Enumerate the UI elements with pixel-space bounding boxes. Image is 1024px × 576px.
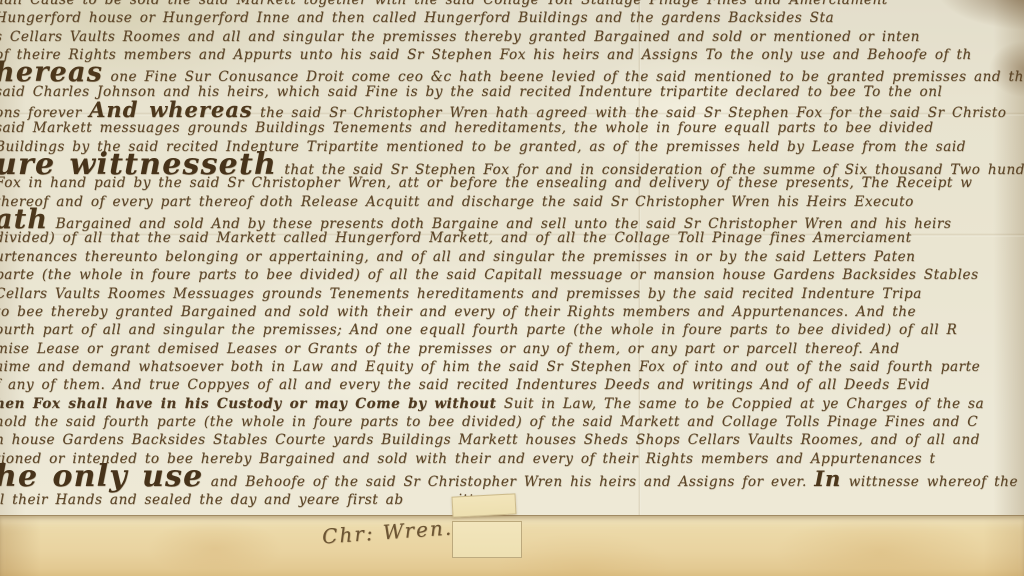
manuscript-line-segment: Suit in Law, The same to be Coppied at y… [497, 396, 985, 412]
manuscript-line-segment: aime and demand whatsoever both in Law a… [0, 359, 980, 375]
manuscript-line-segment: Cellars Vaults Roomes Messuages grounds … [0, 286, 922, 302]
manuscript-line: n house Gardens Backsides Stables Courte… [0, 431, 1024, 449]
manuscript-line-segment: hen Fox shall have in his Custody or may… [0, 396, 497, 412]
manuscript-line: parte (the whole in foure parts to bee d… [0, 266, 1024, 284]
manuscript-line: said Markett messuages grounds Buildings… [0, 119, 1024, 137]
manuscript-line: of theire Rights members and Appurts unt… [0, 46, 1024, 64]
pasted-paper-slip-upper [451, 493, 516, 517]
manuscript-line-segment: he only use [0, 459, 203, 494]
manuscript-line: ath Bargained and sold And by these pres… [0, 211, 1024, 229]
manuscript-line-segment: of theire Rights members and Appurts unt… [0, 47, 972, 63]
manuscript-line: hereas one Fine Sur Conusance Droit come… [0, 64, 1024, 82]
manuscript-line: mise Lease or grant demised Leases or Gr… [0, 340, 1024, 358]
manuscript-line: hen Fox shall have in his Custody or may… [0, 395, 1024, 413]
manuscript-line-segment: and Behoofe of the said Sr Christopher W… [203, 474, 814, 490]
manuscript-text: hall Cause to be sold the said Markett t… [0, 0, 1024, 510]
manuscript-line: hold the said fourth parte (the whole in… [0, 413, 1024, 431]
manuscript-line: f any of them. And true Coppyes of all a… [0, 376, 1024, 394]
manuscript-line: divided) of all that the said Markett ca… [0, 229, 1024, 247]
manuscript-line: Fox in hand paid by the said Sr Christop… [0, 174, 1024, 192]
manuscript-line: aime and demand whatsoever both in Law a… [0, 358, 1024, 376]
manuscript-line-segment: And whereas [89, 97, 253, 122]
manuscript-line: ourth part of all and singular the premi… [0, 321, 1024, 339]
manuscript-line: he only use and Behoofe of the said Sr C… [0, 468, 1024, 486]
manuscript-line: to bee thereby granted Bargained and sol… [0, 303, 1024, 321]
manuscript-line-segment: mise Lease or grant demised Leases or Gr… [0, 341, 900, 357]
manuscript-line-segment: n house Gardens Backsides Stables Courte… [0, 432, 980, 448]
manuscript-line-segment: In [814, 466, 841, 491]
manuscript-line-segment: wittnesse whereof the party [841, 474, 1024, 490]
manuscript-line: urtenances thereunto belonging or appert… [0, 248, 1024, 266]
manuscript-line: ons forever And whereas the said Sr Chri… [0, 101, 1024, 119]
manuscript-line-segment: urtenances thereunto belonging or appert… [0, 249, 916, 265]
manuscript-line-segment: Hungerford house or Hungerford Inne and … [0, 10, 834, 26]
manuscript-line: Hungerford house or Hungerford Inne and … [0, 9, 1024, 27]
manuscript-line-segment: divided) of all that the said Markett ca… [0, 230, 912, 246]
manuscript-line-segment: parte (the whole in foure parts to bee d… [0, 267, 979, 283]
manuscript-line: hall Cause to be sold the said Markett t… [0, 0, 1024, 9]
manuscript-line-segment: thereof and of every part thereof doth R… [0, 194, 914, 210]
manuscript-line-segment: Fox in hand paid by the said Sr Christop… [0, 175, 972, 191]
manuscript-line-segment: to bee thereby granted Bargained and sol… [0, 304, 916, 320]
manuscript-line-segment: ourth part of all and singular the premi… [0, 322, 957, 338]
manuscript-line-segment: said Markett messuages grounds Buildings… [0, 120, 934, 136]
manuscript-line: Cellars Vaults Roomes Messuages grounds … [0, 285, 1024, 303]
pasted-paper-slip-lower [452, 521, 522, 558]
parchment-document-page: hall Cause to be sold the said Markett t… [0, 0, 1024, 576]
manuscript-line-segment: ll their Hands and sealed the day and ye… [0, 492, 404, 508]
manuscript-line-segment: hold the said fourth parte (the whole in… [0, 414, 978, 430]
manuscript-line: ure wittnesseth that the said Sr Stephen… [0, 156, 1024, 174]
manuscript-line-segment: s Cellars Vaults Roomes and all and sing… [0, 29, 920, 45]
manuscript-line: thereof and of every part thereof doth R… [0, 193, 1024, 211]
manuscript-line-segment: hall Cause to be sold the said Markett t… [0, 0, 888, 8]
manuscript-line-segment: f any of them. And true Coppyes of all a… [0, 377, 930, 393]
manuscript-line: s Cellars Vaults Roomes and all and sing… [0, 28, 1024, 46]
